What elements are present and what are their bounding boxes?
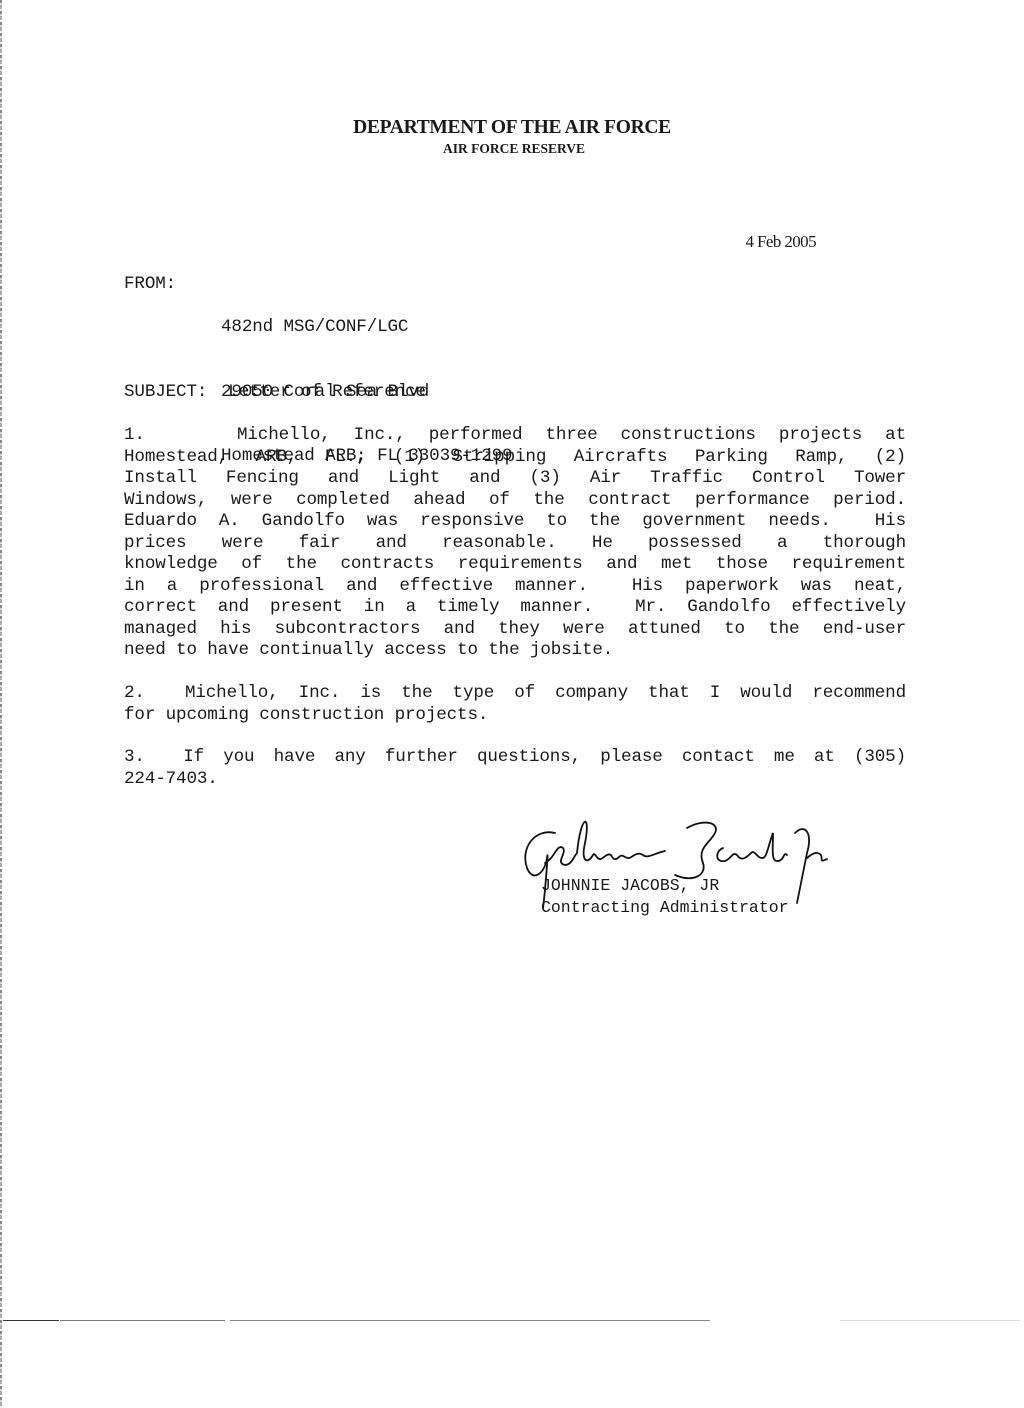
from-line: 482nd MSG/CONF/LGC [221, 317, 512, 339]
signer-title: Contracting Administrator [541, 898, 789, 917]
signer-name: JOHNNIE JACOBS, JR [541, 876, 719, 895]
from-label: FROM: [124, 274, 176, 296]
scan-artifact-line [3, 1320, 59, 1321]
scan-artifact-line [60, 1320, 225, 1321]
subject-line: SUBJECT: Letter of Reference [124, 382, 426, 404]
handwritten-signature [515, 803, 835, 913]
paragraph-line: 224-7403. [124, 769, 906, 791]
letter-page: DEPARTMENT OF THE AIR FORCE AIR FORCE RE… [0, 0, 1024, 1408]
paragraph-line: for upcoming construction projects. [124, 705, 906, 727]
scan-artifact-line [230, 1320, 710, 1321]
paragraph-line: Homestead, ARB, FL.; (1) Stripping Aircr… [124, 447, 906, 469]
subject-label: SUBJECT: [124, 382, 207, 402]
scan-edge [0, 0, 2, 1408]
subject-text: Letter of Reference [228, 382, 426, 402]
paragraph-line: Windows, were completed ahead of the con… [124, 490, 906, 512]
paragraph-line: 2. Michello, Inc. is the type of company… [124, 683, 906, 705]
paragraph-1: 1. Michello, Inc., performed three const… [124, 425, 906, 662]
letter-date: 4 Feb 2005 [745, 232, 816, 252]
paragraph-line: managed his subcontractors and they were… [124, 619, 906, 641]
paragraph-line: in a professional and effective manner. … [124, 576, 906, 598]
paragraph-3: 3. If you have any further questions, pl… [124, 747, 906, 790]
paragraph-line: 1. Michello, Inc., performed three const… [124, 425, 906, 447]
letterhead-command: AIR FORCE RESERVE [0, 141, 1024, 157]
paragraph-line: Eduardo A. Gandolfo was responsive to th… [124, 511, 906, 533]
paragraph-line: prices were fair and reasonable. He poss… [124, 533, 906, 555]
paragraph-line: knowledge of the contracts requirements … [124, 554, 906, 576]
paragraph-2: 2. Michello, Inc. is the type of company… [124, 683, 906, 726]
paragraph-line: need to have continually access to the j… [124, 640, 906, 662]
paragraph-line: Install Fencing and Light and (3) Air Tr… [124, 468, 906, 490]
scan-artifact-line [840, 1320, 1020, 1321]
letterhead-department: DEPARTMENT OF THE AIR FORCE [0, 117, 1024, 139]
paragraph-line: correct and present in a timely manner. … [124, 597, 906, 619]
paragraph-line: 3. If you have any further questions, pl… [124, 747, 906, 769]
